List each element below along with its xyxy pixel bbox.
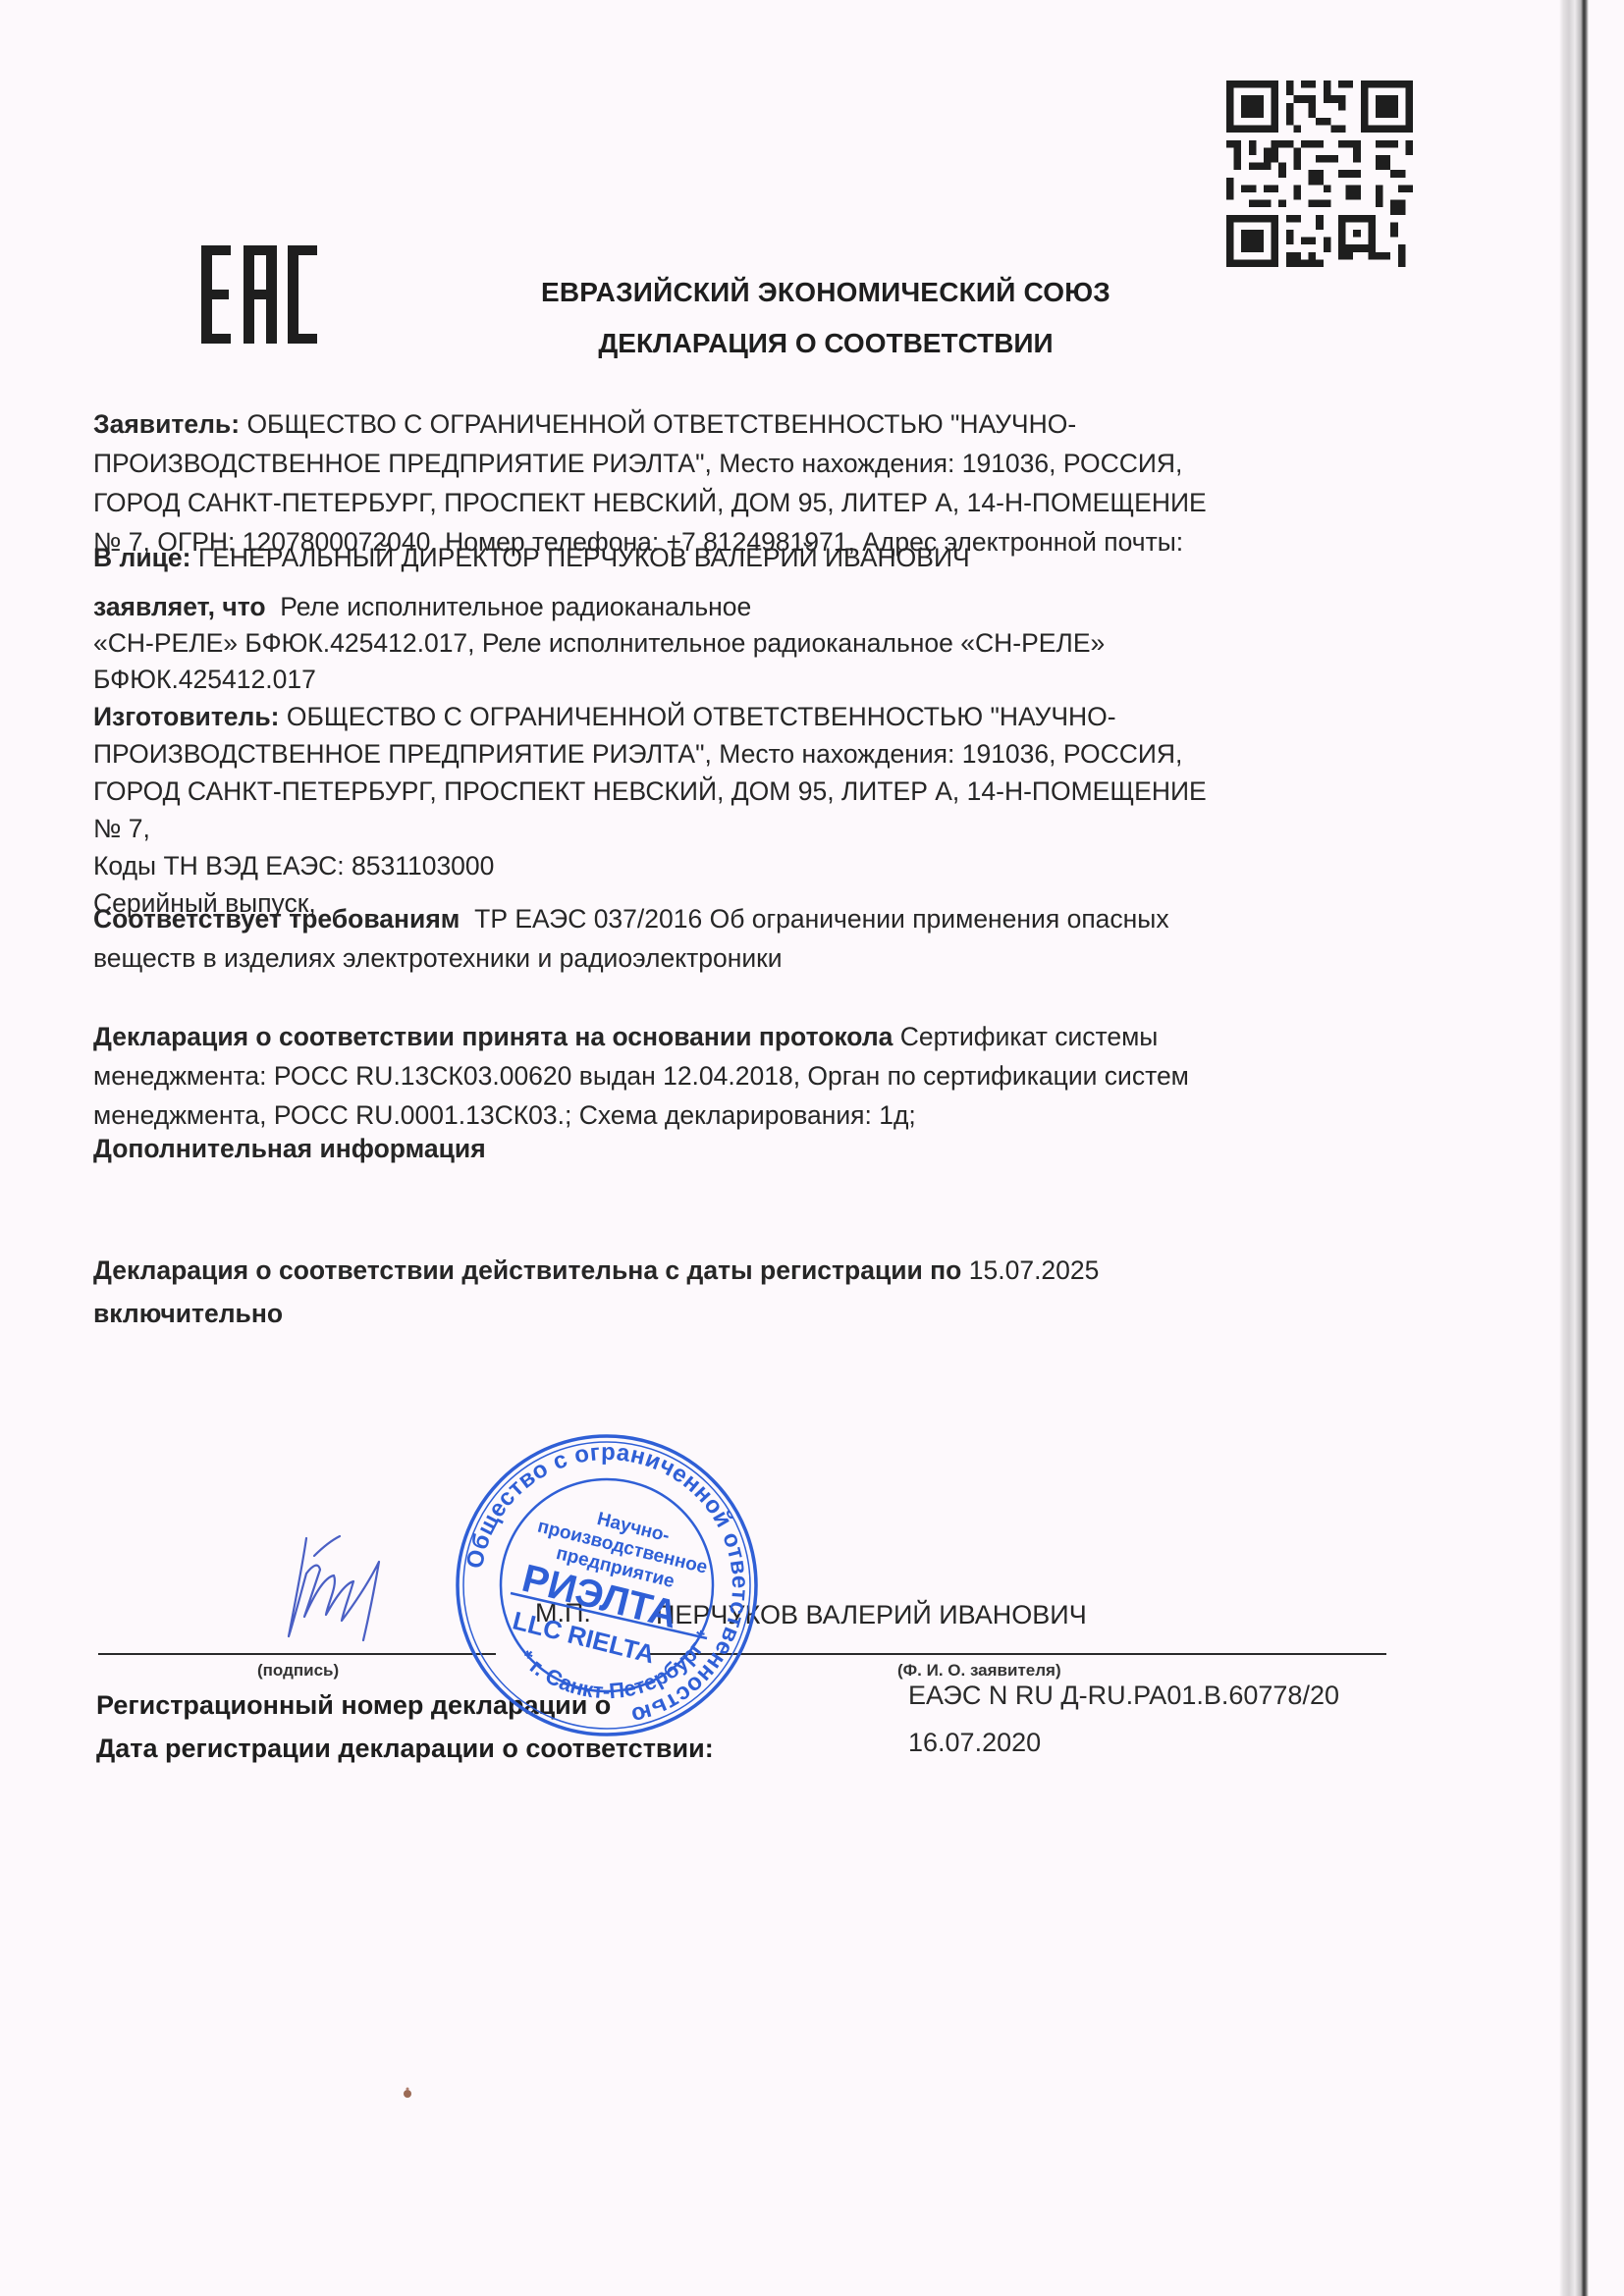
basis-line: Сертификат системы [900,1022,1159,1051]
product-line: «СН-РЕЛЕ» БФЮК.425412.017, Реле исполнит… [93,625,1409,662]
applicant-line: ПРОИЗВОДСТВЕННОЕ ПРЕДПРИЯТИЕ РИЭЛТА", Ме… [93,444,1409,483]
manufacturer-line: ПРОИЗВОДСТВЕННОЕ ПРЕДПРИЯТИЕ РИЭЛТА", Ме… [93,735,1409,773]
manufacturer-line: ОБЩЕСТВО С ОГРАНИЧЕННОЙ ОТВЕТСТВЕННОСТЬЮ… [287,702,1116,731]
signature-caption: (подпись) [257,1661,339,1681]
registration-date-value: 16.07.2020 [908,1728,1041,1758]
validity-section: Декларация о соответствии действительна … [93,1249,1409,1335]
qr-code-icon [1225,80,1414,267]
validity-label: Декларация о соответствии действительна … [93,1255,961,1285]
validity-date: 15.07.2025 [969,1255,1100,1285]
manufacturer-line: № 7, [93,810,1409,847]
declares-label: заявляет, что [93,592,266,621]
declares-section: заявляет, что Реле исполнительное радиок… [93,589,1409,698]
union-title: ЕВРАЗИЙСКИЙ ЭКОНОМИЧЕСКИЙ СОЮЗ [0,277,1624,308]
company-stamp: Общество с ограниченной ответственностью… [450,1428,764,1742]
representative-section: В лице: ГЕНЕРАЛЬНЫЙ ДИРЕКТОР ПЕРЧУКОВ ВА… [93,538,1409,577]
basis-section: Декларация о соответствии принята на осн… [93,1017,1409,1135]
name-caption: (Ф. И. О. заявителя) [897,1661,1061,1681]
product-line: Реле исполнительное радиоканальное [280,592,751,621]
representative-label: В лице: [93,543,190,572]
additional-info-section: Дополнительная информация [93,1129,1409,1168]
basis-label: Декларация о соответствии принята на осн… [93,1022,893,1051]
conformity-line: ТР ЕАЭС 037/2016 Об ограничении применен… [474,904,1168,934]
manufacturer-section: Изготовитель: ОБЩЕСТВО С ОГРАНИЧЕННОЙ ОТ… [93,698,1409,922]
conformity-label: Соответствует требованиям [93,904,460,934]
representative-value: ГЕНЕРАЛЬНЫЙ ДИРЕКТОР ПЕРЧУКОВ ВАЛЕРИЙ ИВ… [198,543,970,572]
signature-line [98,1653,496,1655]
tn-ved-codes: Коды ТН ВЭД ЕАЭС: 8531103000 [93,847,1409,884]
handwritten-signature [285,1526,412,1644]
applicant-line: ГОРОД САНКТ-ПЕТЕРБУРГ, ПРОСПЕКТ НЕВСКИЙ,… [93,483,1409,522]
conformity-section: Соответствует требованиям ТР ЕАЭС 037/20… [93,899,1409,978]
basis-line: менеджмента: РОСС RU.13СК03.00620 выдан … [93,1056,1409,1095]
manufacturer-line: ГОРОД САНКТ-ПЕТЕРБУРГ, ПРОСПЕКТ НЕВСКИЙ,… [93,773,1409,810]
validity-suffix: включительно [93,1292,1409,1335]
conformity-line: веществ в изделиях электротехники и ради… [93,938,1409,978]
scan-speck [403,2086,412,2098]
manufacturer-label: Изготовитель: [93,702,280,731]
additional-info-label: Дополнительная информация [93,1134,486,1163]
document-title: ДЕКЛАРАЦИЯ О СООТВЕТСТВИИ [0,328,1624,359]
product-line: БФЮК.425412.017 [93,662,1409,698]
applicant-label: Заявитель: [93,409,240,439]
applicant-line: ОБЩЕСТВО С ОГРАНИЧЕННОЙ ОТВЕТСТВЕННОСТЬЮ… [246,409,1076,439]
registration-number-value: ЕАЭС N RU Д-RU.РА01.В.60778/20 [908,1681,1339,1711]
